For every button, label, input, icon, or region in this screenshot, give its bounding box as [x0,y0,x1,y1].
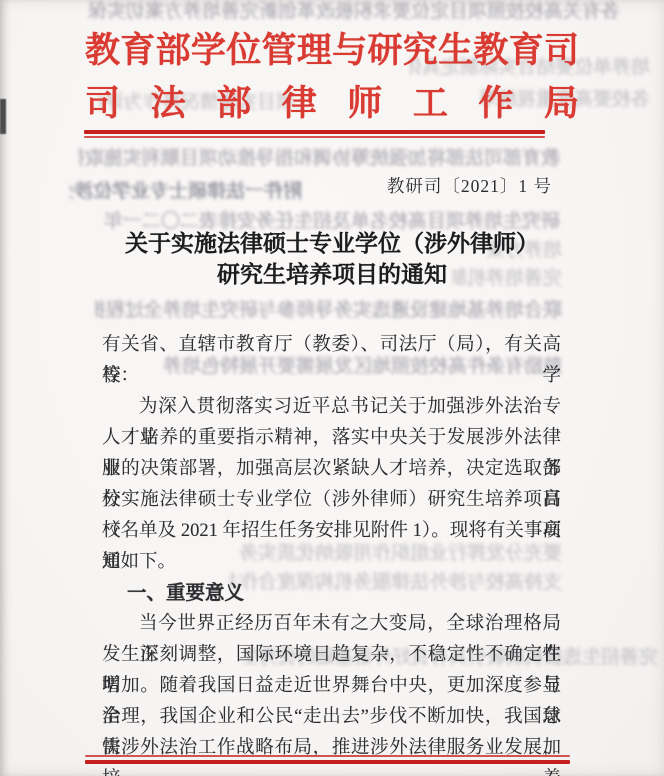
bleed-line: 教育部司法部将加强统筹协调和指导推动项目顺利实施取得实效 [78,148,560,170]
red-double-rule-bottom [85,755,570,764]
red-double-rule-top [84,130,545,138]
issuer-name-line1: 教育部学位管理与研究生教育司 [85,26,579,76]
body-line: 当今世界正经历百年未有之大变局，全球治理格局正在 [102,609,561,640]
body-line: 校实施法律硕士专业学位（涉外律师）研究生培养项目（高 [102,485,561,516]
body-line: 有关省、直辖市教育厅（教委）、司法厅（局），有关高等学 [102,330,561,361]
bleed-line: 联合培养基地建设遴选实务导师参与研究生培养全过程提升培养质量 [95,300,562,322]
body-line: 人才培养的重要指示精神，落实中央关于发展涉外法律服务 [102,423,561,454]
body-line: 业的决策部署，加强高层次紧缺人才培养，决定选取部分高 [102,454,561,485]
body-line: 知如下。 [102,547,561,578]
section-heading: 一、重要意义 [102,578,561,609]
scanned-document-page: 各有关高校按照项目定位要求积极改革创新完善培养方案切实保证质量 培养单位要结合实… [0,0,664,776]
body-line: 治理，我国企业和公民“走出去”步伐不断加快，我国急需加 [102,702,561,733]
document-title-line2: 研究生培养项目的通知 [0,259,664,290]
body-line: 发生深刻调整，国际环境日趋复杂，不稳定性不确定性明显 [102,640,561,671]
letterhead: 教育部学位管理与研究生教育司 司法部律师工作局 [85,26,579,127]
document-title-line1: 关于实施法律硕士专业学位（涉外律师） [0,228,664,259]
bleed-line: 各有关高校按照项目定位要求积极改革创新完善培养方案切实保证质量 [88,1,620,23]
document-title: 关于实施法律硕士专业学位（涉外律师） 研究生培养项目的通知 [0,228,664,290]
scan-edge-mark [0,99,6,134]
document-number: 教研司〔2021〕1 号 [0,173,552,198]
body-line: 为深入贯彻落实习近平总书记关于加强涉外法治专业 [102,392,561,423]
body-line: 校名单及 2021 年招生任务安排见附件 1）。现将有关事项通 [102,516,561,547]
issuer-name-line2: 司法部律师工作局 [85,81,579,127]
body-line: 增加。随着我国日益走近世界舞台中央，更加深度参与全球 [102,671,561,702]
document-body: 有关省、直辖市教育厅（教委）、司法厅（局），有关高等学 校： 为深入贯彻落实习近… [102,330,561,764]
